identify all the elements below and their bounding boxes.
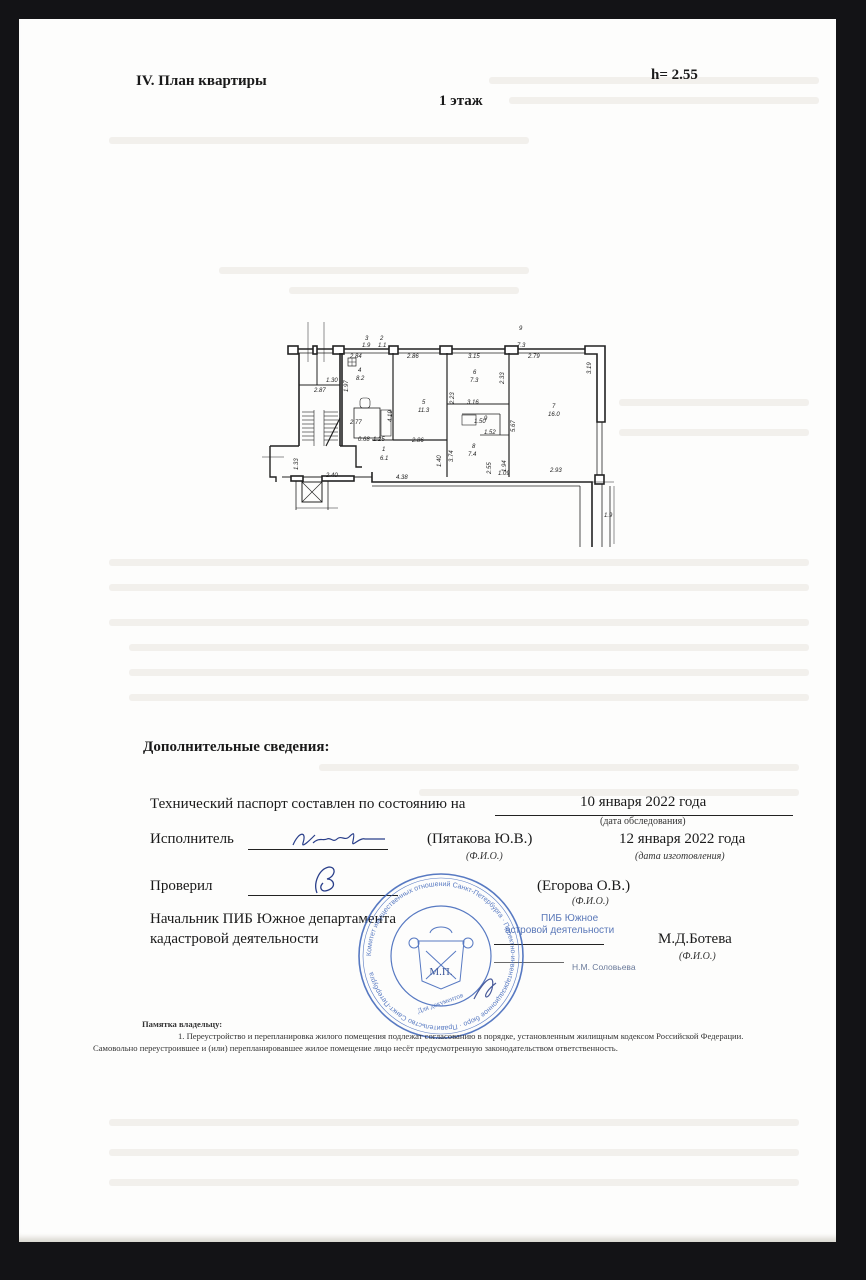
svg-text:1.94: 1.94 <box>502 460 508 472</box>
svg-text:2.33: 2.33 <box>500 372 506 385</box>
svg-text:1.25: 1.25 <box>373 437 385 443</box>
svg-text:9: 9 <box>519 326 523 332</box>
document-page: IV. План квартиры h= 2.55 1 этаж <box>19 19 836 1242</box>
svg-text:2.87: 2.87 <box>313 388 326 394</box>
svg-text:2.40: 2.40 <box>325 473 338 479</box>
svg-text:Комитет имущественных отношени: Комитет имущественных отношений Санкт-Пе… <box>366 880 516 1031</box>
section-title: IV. План квартиры <box>136 73 267 90</box>
executor-name: (Пятакова Ю.В.) <box>427 831 532 848</box>
svg-text:1.33: 1.33 <box>294 458 300 470</box>
executor-signature <box>289 827 389 851</box>
checker-name-caption: (Ф.И.О.) <box>572 896 609 907</box>
bleed-through-background <box>19 19 836 1242</box>
head-label-line2: кадастровой деятельности <box>150 931 319 948</box>
svg-text:7: 7 <box>552 404 556 410</box>
checker-label: Проверил <box>150 878 213 895</box>
memo-line1: 1. Переустройство и перепланировка жилог… <box>178 1031 743 1041</box>
survey-date-caption: (дата обследования) <box>600 816 686 827</box>
survey-label: Технический паспорт составлен по состоян… <box>150 796 465 813</box>
svg-text:7.3: 7.3 <box>470 378 479 384</box>
svg-text:7.4: 7.4 <box>468 452 477 458</box>
stamp-overlay-line1: ПИБ Южное <box>541 913 598 924</box>
svg-text:1: 1 <box>382 447 385 453</box>
svg-text:1.9: 1.9 <box>362 343 371 349</box>
svg-text:0.68: 0.68 <box>358 437 370 443</box>
svg-text:1.40: 1.40 <box>437 455 443 467</box>
svg-text:2.93: 2.93 <box>549 468 562 474</box>
production-date-caption: (дата изготовления) <box>635 851 725 862</box>
checker-signature <box>309 863 341 897</box>
head-name-caption: (Ф.И.О.) <box>679 951 716 962</box>
head-name: М.Д.Ботева <box>658 931 732 948</box>
survey-date: 10 января 2022 года <box>580 794 706 811</box>
production-date: 12 января 2022 года <box>619 831 745 848</box>
svg-text:6: 6 <box>473 370 477 376</box>
svg-text:11.3: 11.3 <box>418 408 430 414</box>
executor-label: Исполнитель <box>150 831 234 848</box>
additional-info-heading: Дополнительные сведения: <box>143 739 329 756</box>
svg-text:7.3: 7.3 <box>517 343 526 349</box>
ceiling-height: h= 2.55 <box>651 67 698 84</box>
svg-text:1.30: 1.30 <box>326 378 338 384</box>
svg-text:9: 9 <box>484 416 488 422</box>
svg-text:3.74: 3.74 <box>449 450 455 462</box>
svg-text:1.1: 1.1 <box>378 343 386 349</box>
svg-text:8: 8 <box>472 444 476 450</box>
svg-text:2: 2 <box>379 336 384 342</box>
svg-text:2.23: 2.23 <box>450 392 456 405</box>
svg-text:4.19: 4.19 <box>388 410 394 422</box>
svg-text:4.38: 4.38 <box>396 475 408 481</box>
svg-text:2.84: 2.84 <box>349 354 362 360</box>
svg-text:5.67: 5.67 <box>511 420 517 432</box>
svg-text:2.86: 2.86 <box>406 354 419 360</box>
svg-text:М.П.: М.П. <box>429 966 452 978</box>
floor-plan: 31.9 21.1 97.3 2.84 2.86 3.15 2.79 48.2 … <box>262 322 622 547</box>
svg-text:5: 5 <box>422 400 426 406</box>
svg-text:16.0: 16.0 <box>548 412 560 418</box>
svg-text:3.15: 3.15 <box>468 354 480 360</box>
svg-text:3.16: 3.16 <box>467 400 479 406</box>
svg-text:8.2: 8.2 <box>356 376 365 382</box>
svg-text:3: 3 <box>365 336 369 342</box>
svg-text:1.9: 1.9 <box>604 513 613 519</box>
memo-heading: Памятка владельцу: <box>142 1019 222 1029</box>
floor-label: 1 этаж <box>439 93 483 110</box>
checker-name: (Егорова О.В.) <box>537 878 630 895</box>
svg-text:4: 4 <box>358 368 362 374</box>
svg-text:1.52: 1.52 <box>484 430 496 436</box>
svg-text:2.55: 2.55 <box>487 462 493 475</box>
svg-text:2.79: 2.79 <box>527 354 540 360</box>
svg-text:3.19: 3.19 <box>587 362 593 374</box>
svg-text:6.1: 6.1 <box>380 456 388 462</box>
official-stamp: Комитет имущественных отношений Санкт-Пе… <box>356 871 526 1041</box>
svg-text:2.86: 2.86 <box>411 438 424 444</box>
executor-name-caption: (Ф.И.О.) <box>466 851 503 862</box>
memo-line2: Самовольно переустроившее и (или) перепл… <box>93 1043 618 1053</box>
svg-text:2.77: 2.77 <box>349 420 362 426</box>
svg-text:1.97: 1.97 <box>344 380 350 392</box>
stamp-overlay-signer: Н.М. Соловьева <box>572 962 636 972</box>
